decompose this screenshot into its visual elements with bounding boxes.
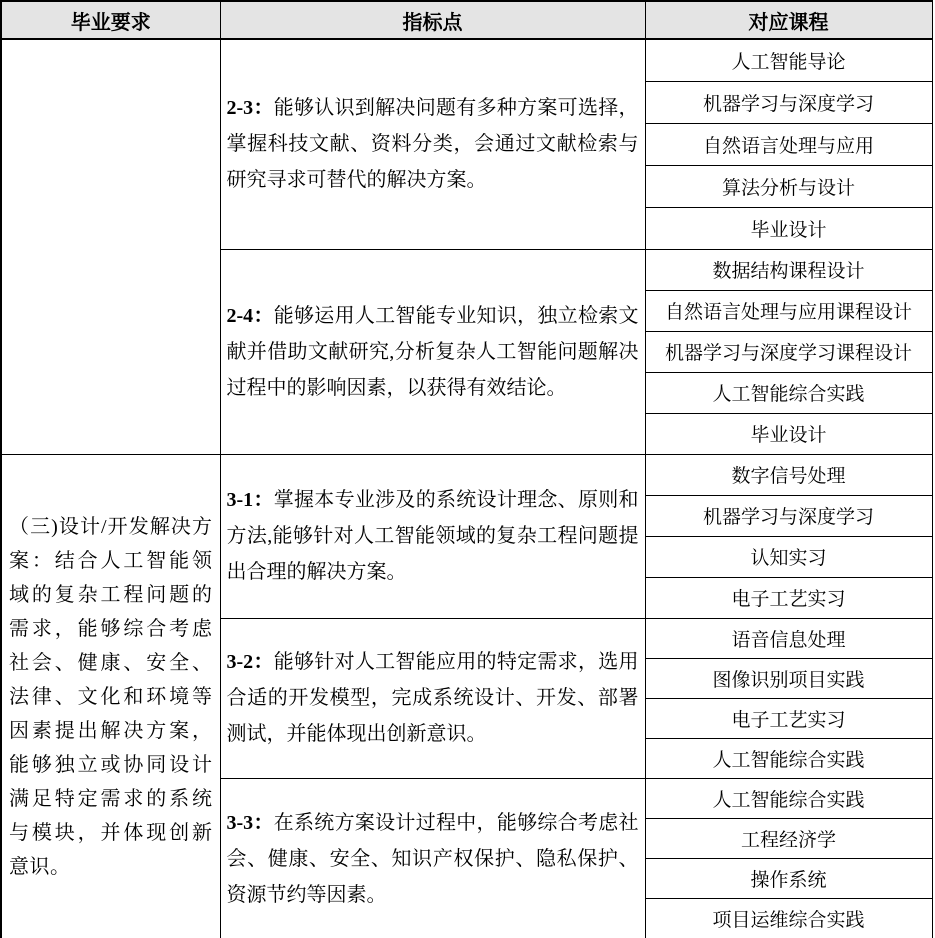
indicator-text: 在系统方案设计过程中，能够综合考虑社会、健康、安全、知识产权保护、隐私保护、资源… bbox=[227, 812, 639, 906]
document-page: 毕业要求 指标点 对应课程 2-3：能够认识到解决问题有多种方案可选择，掌握科技… bbox=[0, 0, 935, 938]
header-corresponding-courses: 对应课程 bbox=[645, 1, 932, 39]
indicator-text: 掌握本专业涉及的系统设计理念、原则和方法,能够针对人工智能领域的复杂工程问题提出… bbox=[227, 489, 639, 583]
requirement-cell: （三)设计/开发解决方案：结合人工智能领域的复杂工程问题的需求，能够综合考虑社会… bbox=[1, 454, 220, 938]
course-cell: 算法分析与设计 bbox=[645, 165, 932, 207]
course-cell: 机器学习与深度学习 bbox=[645, 495, 932, 536]
course-cell: 机器学习与深度学习 bbox=[645, 81, 932, 123]
course-cell: 图像识别项目实践 bbox=[645, 658, 932, 698]
course-cell: 人工智能综合实践 bbox=[645, 778, 932, 818]
table-body: 2-3：能够认识到解决问题有多种方案可选择，掌握科技文献、资料分类，会通过文献检… bbox=[1, 39, 932, 938]
course-cell: 数字信号处理 bbox=[645, 454, 932, 495]
course-cell: 电子工艺实习 bbox=[645, 577, 932, 618]
indicator-id: 3-3： bbox=[227, 812, 274, 834]
course-cell: 自然语言处理与应用 bbox=[645, 123, 932, 165]
header-indicator-points: 指标点 bbox=[220, 1, 645, 39]
requirement-cell bbox=[1, 39, 220, 454]
course-cell: 电子工艺实习 bbox=[645, 698, 932, 738]
indicator-id: 2-4： bbox=[227, 305, 274, 327]
course-cell: 工程经济学 bbox=[645, 818, 932, 858]
table-row: 2-3：能够认识到解决问题有多种方案可选择，掌握科技文献、资料分类，会通过文献检… bbox=[1, 39, 932, 81]
indicator-cell: 3-3：在系统方案设计过程中，能够综合考虑社会、健康、安全、知识产权保护、隐私保… bbox=[220, 778, 645, 938]
course-cell: 语音信息处理 bbox=[645, 618, 932, 658]
indicator-cell: 3-1：掌握本专业涉及的系统设计理念、原则和方法,能够针对人工智能领域的复杂工程… bbox=[220, 454, 645, 618]
course-cell: 项目运维综合实践 bbox=[645, 898, 932, 938]
requirements-table: 毕业要求 指标点 对应课程 2-3：能够认识到解决问题有多种方案可选择，掌握科技… bbox=[0, 0, 933, 938]
header-row: 毕业要求 指标点 对应课程 bbox=[1, 1, 932, 39]
course-cell: 人工智能综合实践 bbox=[645, 372, 932, 413]
course-cell: 人工智能导论 bbox=[645, 39, 932, 81]
course-cell: 自然语言处理与应用课程设计 bbox=[645, 290, 932, 331]
course-cell: 数据结构课程设计 bbox=[645, 249, 932, 290]
indicator-cell: 2-3：能够认识到解决问题有多种方案可选择，掌握科技文献、资料分类，会通过文献检… bbox=[220, 39, 645, 249]
indicator-id: 3-1： bbox=[227, 489, 274, 511]
course-cell: 毕业设计 bbox=[645, 207, 932, 249]
course-cell: 认知实习 bbox=[645, 536, 932, 577]
course-cell: 操作系统 bbox=[645, 858, 932, 898]
indicator-id: 2-3： bbox=[227, 97, 274, 119]
indicator-cell: 3-2：能够针对人工智能应用的特定需求，选用合适的开发模型，完成系统设计、开发、… bbox=[220, 618, 645, 778]
indicator-cell: 2-4：能够运用人工智能专业知识，独立检索文献并借助文献研究,分析复杂人工智能问… bbox=[220, 249, 645, 454]
course-cell: 机器学习与深度学习课程设计 bbox=[645, 331, 932, 372]
table-row: （三)设计/开发解决方案：结合人工智能领域的复杂工程问题的需求，能够综合考虑社会… bbox=[1, 454, 932, 495]
indicator-id: 3-2： bbox=[227, 651, 274, 673]
header-graduation-requirements: 毕业要求 bbox=[1, 1, 220, 39]
indicator-text: 能够运用人工智能专业知识，独立检索文献并借助文献研究,分析复杂人工智能问题解决过… bbox=[227, 305, 639, 399]
course-cell: 毕业设计 bbox=[645, 413, 932, 454]
indicator-text: 能够针对人工智能应用的特定需求，选用合适的开发模型，完成系统设计、开发、部署测试… bbox=[227, 651, 639, 745]
indicator-text: 能够认识到解决问题有多种方案可选择，掌握科技文献、资料分类，会通过文献检索与研究… bbox=[227, 97, 639, 191]
course-cell: 人工智能综合实践 bbox=[645, 738, 932, 778]
